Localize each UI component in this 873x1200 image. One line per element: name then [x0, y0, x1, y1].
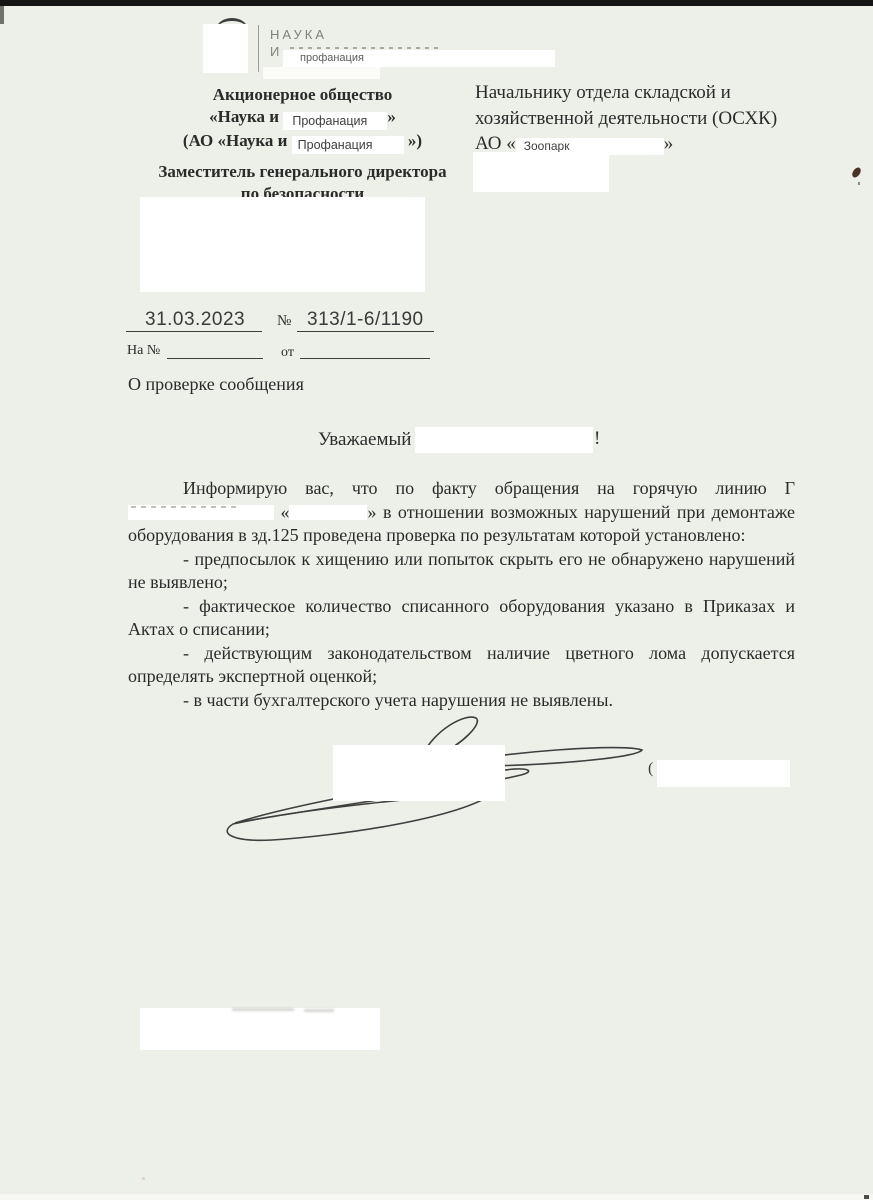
header-redaction-box	[140, 197, 425, 292]
salutation-punct: !	[594, 428, 600, 450]
number-underline	[297, 331, 434, 332]
salutation-name-redaction	[415, 427, 593, 453]
addressee-line2: хозяйственной деятельности (ОСХК)	[475, 106, 820, 132]
logo-redaction-underbox	[263, 67, 380, 79]
scan-pink-dot	[142, 1177, 145, 1180]
reply-to-label: На №	[127, 343, 160, 359]
letter-body: Информирую вас, что по факту обращения н…	[128, 477, 795, 712]
sender-abbr-redaction: Профанация	[292, 136, 404, 154]
sender-org-type: Акционерное общество	[130, 84, 475, 106]
body-item: - фактическое количество списанного обор…	[128, 595, 795, 642]
scan-top-edge	[0, 0, 873, 6]
reply-number-underline	[167, 358, 263, 359]
scan-bottom-strip	[0, 1194, 873, 1200]
sender-name-redaction: Профанация	[283, 112, 387, 130]
logo-text-line1: НАУКА	[270, 27, 327, 42]
sender-position-line1: Заместитель генерального директора	[130, 161, 475, 183]
scanned-letter-page: НАУКА И профанация Акционерное общество …	[0, 0, 873, 1200]
addressee-block: Начальнику отдела складской и хозяйствен…	[475, 80, 820, 157]
body-item: - предпосылок к хищению или попыток скры…	[128, 548, 795, 595]
addressee-redaction-box	[473, 152, 609, 192]
inline-redaction-orgname	[289, 505, 367, 520]
addressee-line1: Начальнику отдела складской и	[475, 80, 820, 106]
body-intro: Информирую вас, что по факту обращения н…	[128, 477, 795, 548]
number-sign: №	[277, 313, 291, 330]
footer-text-remnant	[304, 1009, 334, 1012]
sender-org-name: «Наука и Профанация»	[130, 106, 475, 130]
logo-redaction-label: профанация	[283, 50, 555, 67]
footer-redaction-box	[140, 1008, 380, 1050]
signer-paren: (	[648, 760, 653, 778]
reply-date-underline	[300, 358, 430, 359]
subject-line: О проверке сообщения	[128, 374, 304, 395]
salutation-text: Уважаемый	[318, 429, 411, 451]
signature-redaction-box	[333, 745, 505, 801]
logo-divider-line	[258, 25, 259, 72]
sender-org-abbr: (АО «Наука и Профанация »)	[130, 130, 475, 154]
body-item: - действующим законодательством наличие …	[128, 642, 795, 689]
reply-from-label: от	[281, 345, 294, 361]
logo-redaction-box	[203, 24, 248, 73]
letter-date: 31.03.2023	[145, 309, 245, 331]
date-underline	[126, 331, 262, 332]
ink-speck	[850, 166, 862, 179]
ink-dot	[858, 182, 860, 185]
inline-redaction-corporation	[128, 505, 274, 520]
logo-text-line2: И	[270, 44, 282, 59]
scan-corner-speck	[864, 1195, 869, 1199]
letter-number: 313/1-6/1190	[307, 309, 424, 331]
sender-letterhead: Акционерное общество «Наука и Профанация…	[130, 84, 475, 205]
logo-redaction-dashes	[290, 47, 440, 49]
scan-left-notch	[0, 6, 4, 24]
signer-name-redaction	[657, 760, 790, 787]
footer-text-remnant	[232, 1008, 294, 1011]
